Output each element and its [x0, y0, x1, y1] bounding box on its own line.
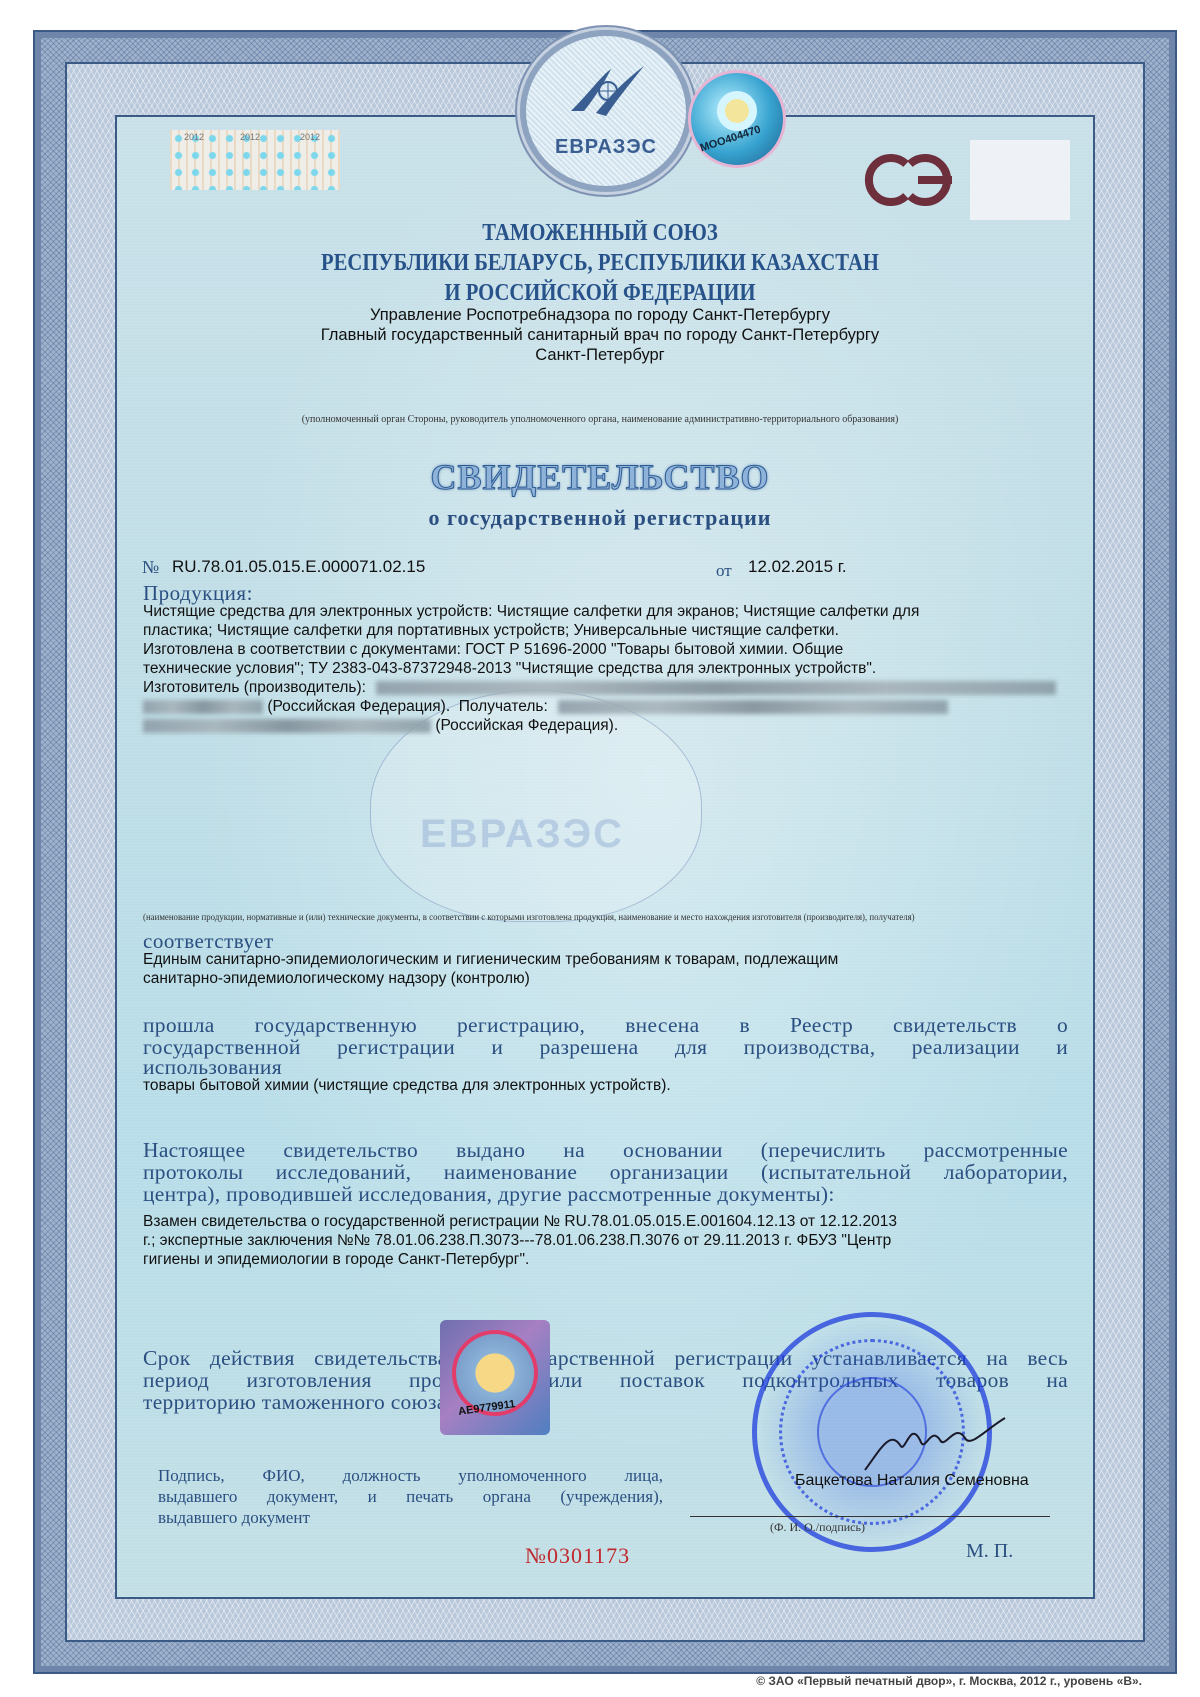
recipient-address-line: (Российская Федерация).	[143, 716, 1068, 735]
statement-line: использования	[143, 1058, 1068, 1076]
authority-hint: (уполномоченный орган Стороны, руководит…	[0, 414, 1200, 425]
authority-line: Управление Роспотребнадзора по городу Са…	[0, 305, 1200, 325]
authority-line: Главный государственный санитарный врач …	[0, 325, 1200, 345]
goods-category: товары бытовой химии (чистящие средства …	[143, 1076, 1068, 1095]
redacted-address	[143, 700, 263, 714]
recipient-country: (Российская Федерация).	[435, 717, 618, 734]
product-line: технические условия"; ТУ 2383-043-873729…	[143, 659, 1068, 678]
conformity-line: Единым санитарно-эпидемиологическим и ги…	[143, 950, 1068, 969]
redacted-manufacturer	[376, 681, 1056, 695]
registration-date-label: от	[716, 561, 732, 581]
statement-line: прошла государственную регистрацию, внес…	[143, 1014, 1068, 1036]
heading-line: РЕСПУБЛИКИ БЕЛАРУСЬ, РЕСПУБЛИКИ КАЗАХСТА…	[84, 248, 1116, 278]
conformity-section: соответствует Единым санитарно-эпидемиол…	[143, 932, 1068, 988]
basis-detail-line: г.; экспертные заключения №№ 78.01.06.23…	[143, 1231, 1068, 1250]
conformity-line: санитарно-эпидемиологическому надзору (к…	[143, 969, 1068, 988]
signature-caption-line: выдавшего документ	[158, 1507, 663, 1528]
hologram-seal-top: MOO404470	[688, 70, 786, 168]
basis-line: Настоящее свидетельство выдано на основа…	[143, 1139, 1068, 1161]
document-subtitle: о государственной регистрации	[0, 505, 1200, 531]
registration-number-label: №	[142, 557, 159, 578]
basis-line: центра), проводившей исследования, други…	[143, 1183, 1068, 1205]
blank-area	[970, 140, 1070, 220]
manufacturer-address-line: (Российская Федерация). Получатель:	[143, 697, 1068, 716]
recipient-label: Получатель:	[459, 698, 548, 715]
authority-line: Санкт-Петербург	[0, 345, 1200, 365]
product-section: Продукция: Чистящие средства для электро…	[143, 584, 1068, 735]
basis-section: Настоящее свидетельство выдано на основа…	[143, 1139, 1068, 1205]
eurasec-emblem: ЕВРАЗЭС	[520, 30, 692, 192]
product-description: Чистящие средства для электронных устрой…	[143, 602, 1068, 735]
basis-details: Взамен свидетельства о государственной р…	[143, 1212, 1068, 1269]
customs-union-heading: ТАМОЖЕННЫЙ СОЮЗ РЕСПУБЛИКИ БЕЛАРУСЬ, РЕС…	[84, 218, 1116, 308]
seal-place-label: М. П.	[966, 1540, 1013, 1563]
registration-number: RU.78.01.05.015.E.000071.02.15	[172, 557, 425, 577]
signer-name: Бацкетова Наталия Семеновна	[795, 1472, 1029, 1490]
eurasec-emblem-icon	[566, 61, 646, 121]
manufacturer-country: (Российская Федерация).	[267, 698, 450, 715]
signature-line-hint: (Ф. И. О./подпись)	[770, 1520, 865, 1535]
signature-line	[690, 1516, 1050, 1517]
conformity-text: Единым санитарно-эпидемиологическим и ги…	[143, 950, 1068, 988]
form-serial-number: №0301173	[525, 1543, 630, 1569]
signature-caption-line: Подпись, ФИО, должность уполномоченного …	[158, 1465, 663, 1486]
signature-caption-line: выдавшего документ, и печать органа (учр…	[158, 1486, 663, 1507]
product-line: Изготовлена в соответствии с документами…	[143, 640, 1068, 659]
handwritten-signature-icon	[860, 1410, 1010, 1480]
product-label: Продукция:	[143, 584, 1068, 602]
basis-detail-line: гигиены и эпидемиологии в городе Санкт-П…	[143, 1250, 1068, 1269]
eurasec-label: ЕВРАЗЭС	[526, 136, 686, 159]
watermark-year: 2012	[300, 132, 320, 142]
background-emblem-label: ЕВРАЗЭС	[420, 812, 624, 857]
watermark-year: 2012	[184, 132, 204, 142]
redacted-recipient	[558, 700, 948, 714]
watermark-year: 2012	[240, 132, 260, 142]
signature-caption: Подпись, ФИО, должность уполномоченного …	[158, 1465, 663, 1528]
security-watermark-strip: 2012 2012 2012	[170, 130, 340, 190]
hologram-seal-bottom: AE9779911	[440, 1320, 550, 1435]
printer-footer: © ЗАО «Первый печатный двор», г. Москва,…	[756, 1674, 1142, 1688]
registration-date: 12.02.2015 г.	[748, 557, 847, 577]
issuing-authority: Управление Роспотребнадзора по городу Са…	[0, 305, 1200, 365]
basis-detail-line: Взамен свидетельства о государственной р…	[143, 1212, 1068, 1231]
product-line: Чистящие средства для электронных устрой…	[143, 602, 1068, 621]
customs-union-ce-mark-icon	[858, 150, 968, 210]
document-title: СВИДЕТЕЛЬСТВО	[0, 456, 1200, 498]
heading-line: И РОССИЙСКОЙ ФЕДЕРАЦИИ	[84, 278, 1116, 308]
product-hint: (наименование продукции, нормативные и (…	[143, 913, 1003, 923]
manufacturer-label: Изготовитель (производитель):	[143, 679, 366, 696]
product-line: пластика; Чистящие салфетки для портатив…	[143, 621, 1068, 640]
conformity-label: соответствует	[143, 932, 1068, 950]
registration-statement: прошла государственную регистрацию, внес…	[143, 1014, 1068, 1076]
manufacturer-line: Изготовитель (производитель):	[143, 678, 1068, 697]
basis-line: протоколы исследований, наименование орг…	[143, 1161, 1068, 1183]
redacted-recipient-address	[143, 719, 431, 733]
heading-line: ТАМОЖЕННЫЙ СОЮЗ	[84, 218, 1116, 248]
